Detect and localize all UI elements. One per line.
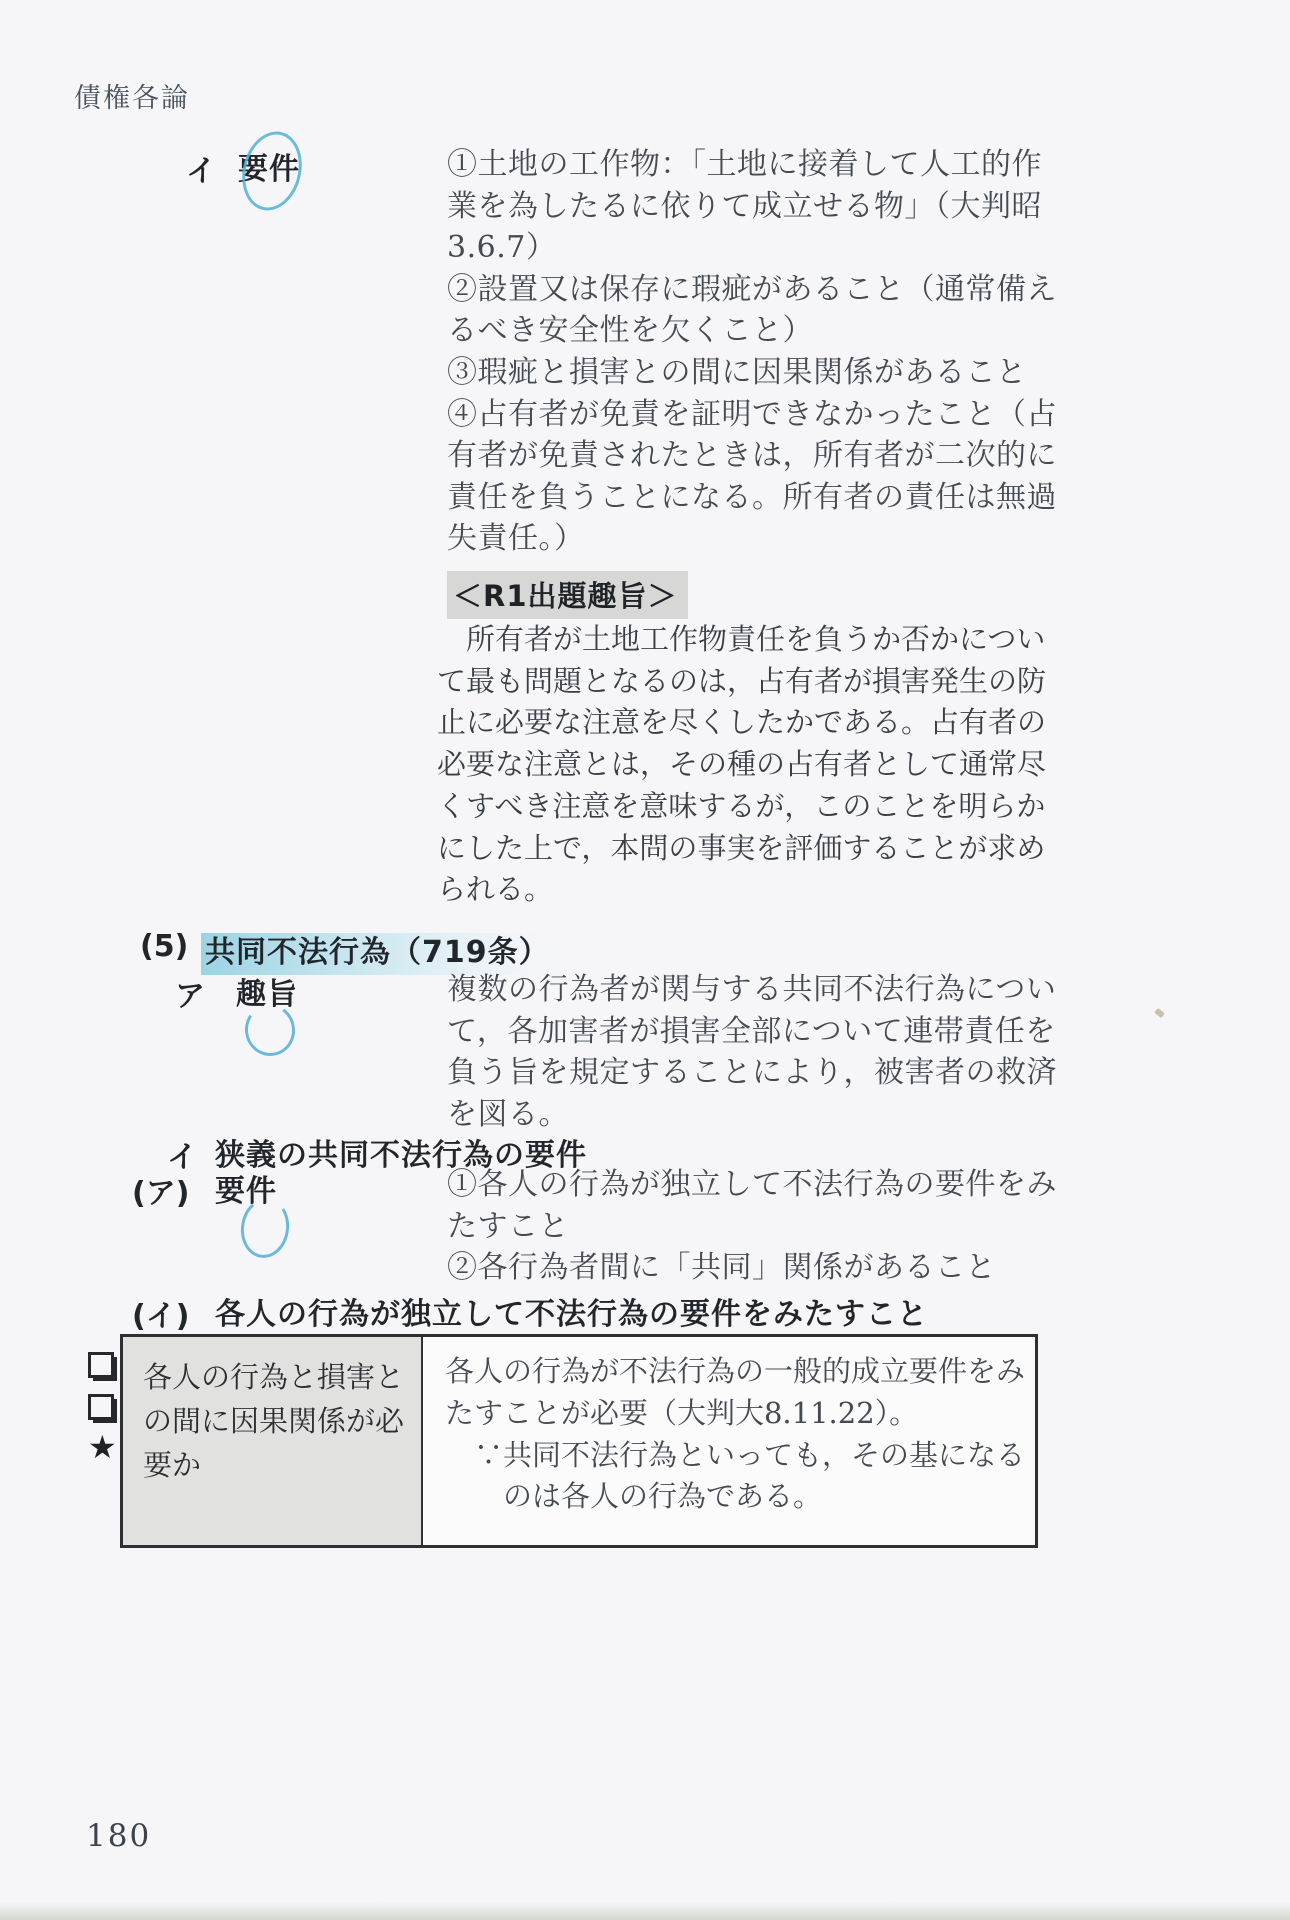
qa-table: 各人の行為と損害と の間に因果関係が必 要か 各人の行為が不法行為の一般的成立要…: [120, 1334, 1038, 1548]
star-icon: ★: [88, 1432, 117, 1462]
heading-shushi-marker: ア: [175, 971, 205, 1015]
text-line: られる。: [437, 869, 1046, 911]
text-line: 各人の行為と損害と: [143, 1355, 411, 1399]
text-line: 必要な注意とは，その種の占有者として通常尽: [437, 744, 1046, 786]
checkbox-icon: [88, 1352, 114, 1378]
text-line: て，各加害者が損害全部について連帯責任を: [447, 1011, 1057, 1053]
page-number: 180: [86, 1818, 151, 1854]
heading-youken2-marker: (ア): [132, 1168, 189, 1212]
text-line: ∵共同不法行為といっても，その基になる: [445, 1435, 1025, 1477]
text-line: たすことが必要（大判大8.11.22）。: [445, 1393, 1025, 1435]
r1-exam-purpose-title: ＜R1出題趣旨＞: [447, 571, 688, 619]
text-line: 責任を負うことになる。所有者の責任は無過: [447, 477, 1057, 519]
text-line: くすべき注意を意味するが，このことを明らか: [437, 786, 1046, 828]
heading-dokuritsu-title: 各人の行為が独立して不法行為の要件をみたすこと: [215, 1289, 928, 1333]
heading-youken-marker: イ: [186, 146, 216, 190]
text-line: ②各行為者間に「共同」関係があること: [447, 1247, 1057, 1289]
text-line: ①土地の工作物：「土地に接着して人工的作: [447, 144, 1057, 186]
text-line: 複数の行為者が関与する共同不法行為につい: [447, 969, 1057, 1011]
text-line: 失責任。）: [447, 518, 1057, 560]
text-line: ④占有者が免責を証明できなかったこと（占: [447, 394, 1057, 436]
text-line: のは各人の行為である。: [445, 1476, 1025, 1518]
heading-dokuritsu-marker: (イ): [132, 1291, 189, 1335]
shushi-paragraph: 複数の行為者が関与する共同不法行為につい て，各加害者が損害全部について連帯責任…: [447, 969, 1057, 1135]
text-line: 3.6.7）: [447, 227, 1057, 269]
scan-speck: [1154, 1008, 1165, 1018]
text-line: 要か: [143, 1443, 411, 1487]
checkbox-icon: [88, 1394, 114, 1420]
text-line: るべき安全性を欠くこと）: [447, 310, 1057, 352]
text-line: て最も問題となるのは，占有者が損害発生の防: [437, 661, 1046, 703]
text-line: にした上で，本問の事実を評価することが求め: [437, 828, 1046, 870]
text-line: 各人の行為が不法行為の一般的成立要件をみ: [445, 1351, 1025, 1393]
youken-list: ①土地の工作物：「土地に接着して人工的作 業を為したるに依りて成立せる物」（大判…: [447, 144, 1057, 560]
text-line: たすこと: [447, 1206, 1057, 1248]
text-line: 有者が免責されたときは，所有者が二次的に: [447, 435, 1057, 477]
r1-paragraph: 所有者が土地工作物責任を負うか否かについ て最も問題となるのは，占有者が損害発生…: [437, 619, 1046, 911]
text-line: 業を為したるに依りて成立せる物」（大判昭: [447, 186, 1057, 228]
text-line: 負う旨を規定することにより，被害者の救済: [447, 1052, 1057, 1094]
scan-bottom-edge: [0, 1902, 1290, 1920]
heading-section5-marker: (5): [140, 929, 188, 964]
text-line: 止に必要な注意を尽くしたかである。占有者の: [437, 702, 1046, 744]
text-line: 所有者が土地工作物責任を負うか否かについ: [437, 619, 1046, 661]
running-header: 債権各論: [74, 76, 190, 115]
hand-drawn-circle-icon: [234, 125, 310, 217]
text-line: ②設置又は保存に瑕疵があること（通常備え: [447, 269, 1057, 311]
margin-markers: ★: [88, 1352, 117, 1462]
text-line: ③瑕疵と損害との間に因果関係があること: [447, 352, 1057, 394]
text-line: ①各人の行為が独立して不法行為の要件をみ: [447, 1164, 1057, 1206]
textbook-page: 債権各論 イ 要件 ①土地の工作物：「土地に接着して人工的作 業を為したるに依り…: [0, 0, 1290, 1920]
text-line: の間に因果関係が必: [143, 1399, 411, 1443]
qa-answer-cell: 各人の行為が不法行為の一般的成立要件をみ たすことが必要（大判大8.11.22）…: [423, 1337, 1035, 1545]
youken2-list: ①各人の行為が独立して不法行為の要件をみ たすこと ②各行為者間に「共同」関係が…: [447, 1164, 1057, 1289]
qa-question-cell: 各人の行為と損害と の間に因果関係が必 要か: [123, 1337, 423, 1545]
